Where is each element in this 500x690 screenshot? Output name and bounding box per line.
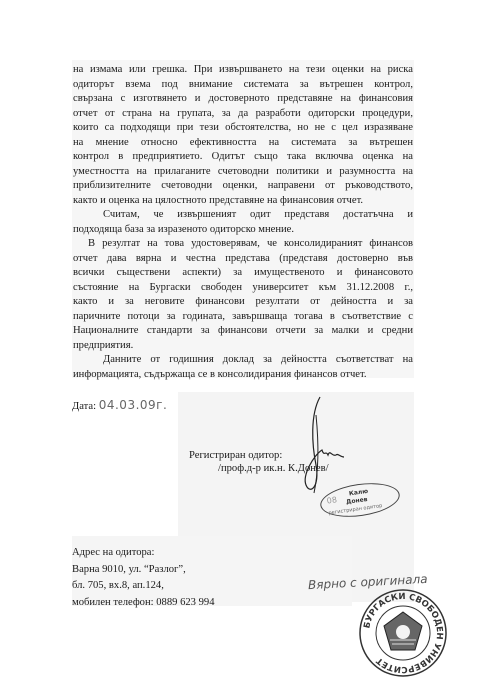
text-line: информацията, съдържаща се в консолидира… <box>73 368 413 383</box>
address-line-1: Варна 9010, ул. “Разлог”, <box>72 562 215 579</box>
text-line: В резултат на това удостоверявам, че кон… <box>73 237 413 252</box>
address-phone: мобилен телефон: 0889 623 994 <box>72 595 215 612</box>
stamp-number: 08 <box>326 495 337 505</box>
text-line: Националните стандарти за финансови отче… <box>73 324 413 339</box>
text-line: както и за неговите финансови резултати … <box>73 295 413 310</box>
text-line: приблизителните счетоводни оценки, напра… <box>73 179 413 194</box>
auditor-block: Регистриран одитор: /проф.д-р ик.н. К.До… <box>189 449 329 475</box>
text-line: одиторът взема под внимание системата за… <box>73 78 413 93</box>
text-line: уместността на прилаганите счетоводни по… <box>73 165 413 180</box>
paragraph-1: на измама или грешка. При извършването н… <box>73 63 413 208</box>
signature-icon <box>280 395 350 495</box>
text-line: свързана с изготвянето и достоверното пр… <box>73 92 413 107</box>
text-line: подходяща база за изразеното одиторско м… <box>73 223 413 238</box>
address-label: Адрес на одитора: <box>72 545 215 562</box>
paragraph-2: Считам, че извършеният одит представя до… <box>73 208 413 237</box>
auditor-address: Адрес на одитора: Варна 9010, ул. “Разло… <box>72 545 215 611</box>
text-line: както и оценка на цялостното представяне… <box>73 194 413 209</box>
text-line: отчет дава вярна и честна представа (пре… <box>73 252 413 267</box>
text-line: Данните от годишния доклад за дейността … <box>73 353 413 368</box>
auditor-name: /проф.д-р ик.н. К.Донев/ <box>189 462 329 475</box>
paragraph-3: В резултат на това удостоверявам, че кон… <box>73 237 413 353</box>
text-line: контрол в предприятието. Одитът също так… <box>73 150 413 165</box>
date-label: Дата: <box>72 401 96 412</box>
text-line: отчет от страна на групата, за да разраб… <box>73 107 413 122</box>
auditor-title: Регистриран одитор: <box>189 450 282 461</box>
document-body: на измама или грешка. При извършването н… <box>73 63 413 382</box>
text-line: паричните потоци за годината, завършваща… <box>73 310 413 325</box>
date-line: Дата: 04.03.09г. <box>72 398 167 412</box>
text-line: на мнение относно ефективността на систе… <box>73 136 413 151</box>
text-line: състояние на Бургаски свободен университ… <box>73 281 413 296</box>
university-seal-icon: БУРГАСКИ СВОБОДЕН УНИВЕРСИТЕТ <box>358 588 448 678</box>
text-line: предприятия. <box>73 339 413 354</box>
address-line-2: бл. 705, вх.8, ап.124, <box>72 578 215 595</box>
text-line: на измама или грешка. При извършването н… <box>73 63 413 78</box>
date-value-handwritten: 04.03.09г. <box>99 398 168 412</box>
text-line: които са подходящи при тези обстоятелств… <box>73 121 413 136</box>
text-line: Считам, че извършеният одит представя до… <box>73 208 413 223</box>
text-line: всички съществени аспекти) за имуществен… <box>73 266 413 281</box>
paragraph-4: Данните от годишния доклад за дейността … <box>73 353 413 382</box>
